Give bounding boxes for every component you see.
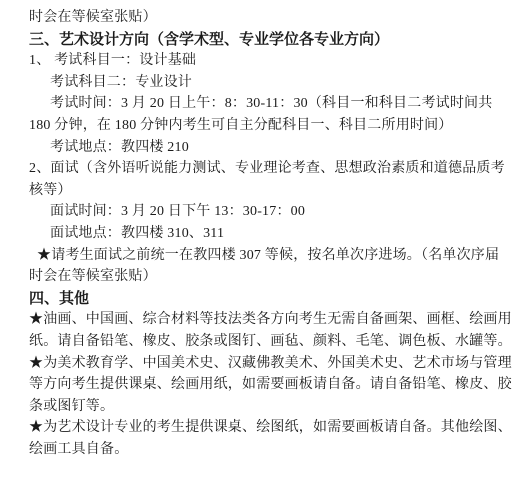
- doc-line-note-theory-majors-continuation-1: 等方向考生提供课桌、绘画用纸，如需要画板请自备。请自备铅笔、橡皮、胶: [29, 374, 515, 396]
- doc-line-interview-time: 面试时间：3 月 20 日下午 13：30-17：00: [29, 201, 515, 223]
- doc-line-continuation: 时会在等候室张贴）: [29, 7, 515, 29]
- doc-line-note-painting-majors: ★油画、中国画、综合材料等技法类各方向考生无需自备画架、画框、绘画用: [29, 309, 515, 331]
- doc-line-interview-waiting-note-continuation: 时会在等候室张贴）: [29, 266, 515, 288]
- section-heading-3-art-design: 三、艺术设计方向（含学术型、专业学位各专业方向）: [29, 29, 515, 51]
- doc-line-note-painting-majors-continuation: 纸。请自备铅笔、橡皮、胶条或图钉、画毡、颜料、毛笔、调色板、水罐等。: [29, 331, 515, 353]
- doc-line-exam-time: 考试时间：3 月 20 日上午：8：30-11：30（科目一和科目二考试时间共: [29, 93, 515, 115]
- doc-line-interview: 2、面试（含外语听说能力测试、专业理论考查、思想政治素质和道德品质考: [29, 158, 515, 180]
- doc-line-note-art-design-major-continuation: 绘画工具自备。: [29, 439, 515, 461]
- doc-line-exam-location: 考试地点：教四楼 210: [29, 137, 515, 159]
- doc-line-exam-subject-1: 1、 考试科目一：设计基础: [29, 50, 515, 72]
- doc-line-note-art-design-major: ★为艺术设计专业的考生提供课桌、绘图纸，如需要画板请自备。其他绘图、: [29, 417, 515, 439]
- doc-line-interview-continuation: 核等）: [29, 180, 515, 202]
- document-page: 时会在等候室张贴） 三、艺术设计方向（含学术型、专业学位各专业方向） 1、 考试…: [0, 0, 527, 460]
- section-heading-4-others: 四、其他: [29, 288, 515, 310]
- doc-line-interview-waiting-note: ★请考生面试之前统一在教四楼 307 等候，按名单次序进场。（名单次序届: [29, 245, 515, 267]
- doc-line-exam-time-continuation: 180 分钟，在 180 分钟内考生可自主分配科目一、科目二所用时间）: [29, 115, 515, 137]
- doc-line-note-theory-majors-continuation-2: 条或图钉等。: [29, 396, 515, 418]
- doc-line-interview-location: 面试地点：教四楼 310、311: [29, 223, 515, 245]
- doc-line-note-theory-majors: ★为美术教育学、中国美术史、汉藏佛教美术、外国美术史、艺术市场与管理: [29, 353, 515, 375]
- doc-line-exam-subject-2: 考试科目二：专业设计: [29, 72, 515, 94]
